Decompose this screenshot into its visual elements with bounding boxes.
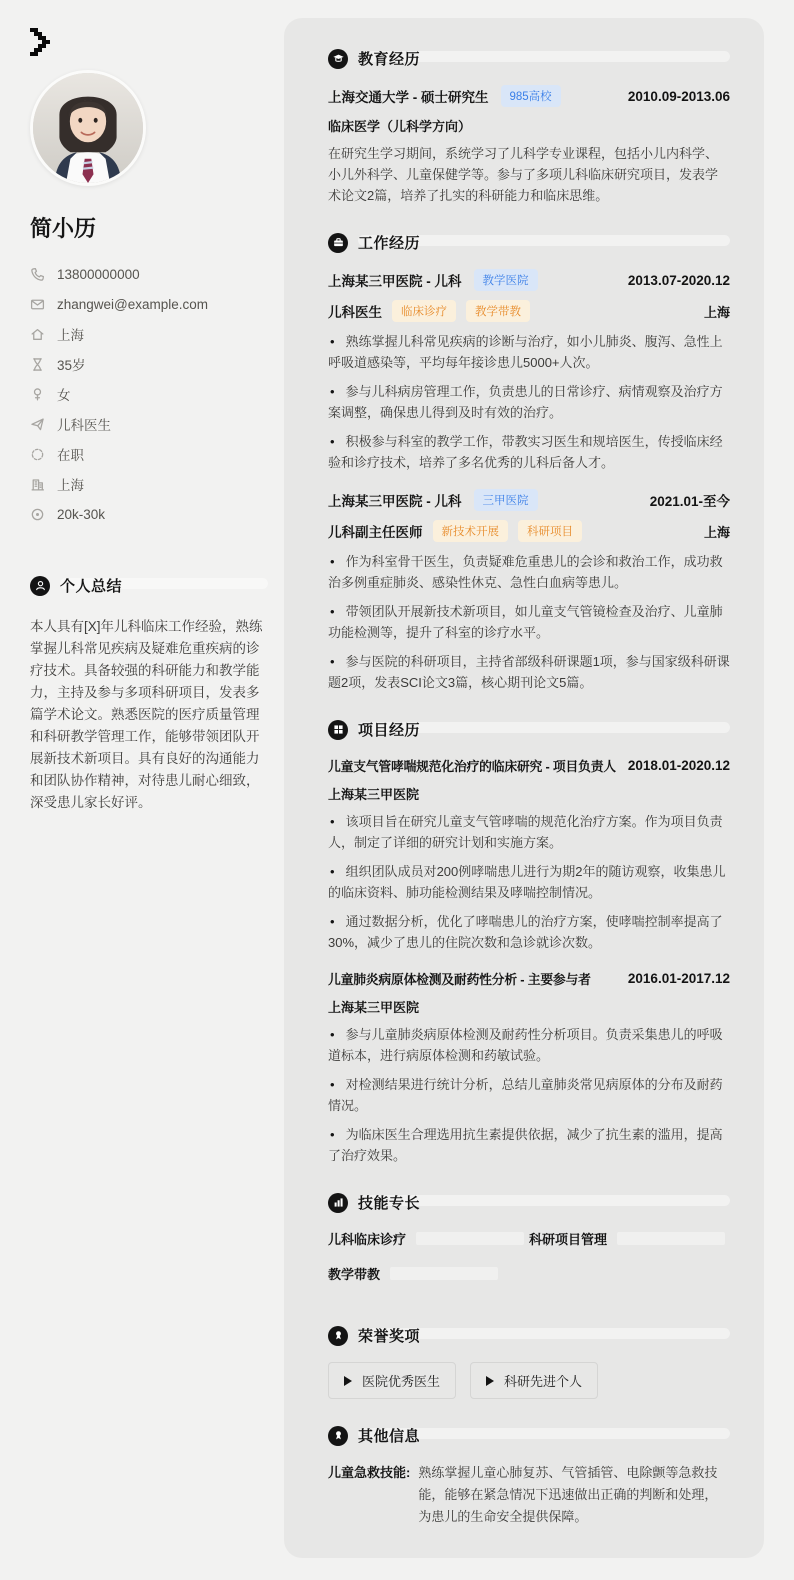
role-tag: 教学带教 <box>466 300 530 322</box>
contact-value: 儿科医生 <box>57 414 111 434</box>
skill-item: 科研项目管理 <box>529 1229 730 1248</box>
home-icon <box>30 327 45 342</box>
work-title-row: 上海某三甲医院 - 儿科 三甲医院 2021.01-至今 <box>328 489 730 511</box>
contact-value: 女 <box>57 384 71 404</box>
brand-logo pixel-chevron-icon <box>30 28 56 56</box>
project-item: 儿童支气管哮喘规范化治疗的临床研究 - 项目负责人 2018.01-2020.1… <box>328 756 730 953</box>
work-section: 工作经历 上海某三甲医院 - 儿科 教学医院 2013.07-2020.12 儿… <box>328 232 730 693</box>
candidate-name: 简小历 <box>30 212 268 243</box>
contact-email: zhangwei@example.com <box>30 289 268 319</box>
work-location: 上海 <box>704 302 730 321</box>
project-org: 上海某三甲医院 <box>328 997 730 1016</box>
contact-value: 13800000000 <box>57 267 140 282</box>
skills-grid: 儿科临床诊疗 科研项目管理 教学带教 <box>328 1229 730 1299</box>
role-name: 儿科医生 <box>328 301 382 321</box>
skill-item: 儿科临床诊疗 <box>328 1229 529 1248</box>
education-header: 教育经历 <box>328 48 730 69</box>
city-icon <box>30 477 45 492</box>
status-icon <box>30 447 45 462</box>
honors-section: 荣誉奖项 医院优秀医生 科研先进个人 <box>328 1325 730 1399</box>
contact-salary: 20k-30k <box>30 499 268 529</box>
role-tag: 科研项目 <box>518 520 582 542</box>
skills-title: 技能专长 <box>358 1192 420 1213</box>
sidebar: 简小历 13800000000 zhangwei@example.com 上海 … <box>30 18 268 1558</box>
summary-header: 个人总结 <box>30 575 268 596</box>
job-icon <box>30 417 45 432</box>
work-item: 上海某三甲医院 - 儿科 教学医院 2013.07-2020.12 儿科医生 临… <box>328 269 730 473</box>
work-header: 工作经历 <box>328 232 730 253</box>
honor-label: 科研先进个人 <box>504 1371 582 1390</box>
contact-value: 上海 <box>57 474 84 494</box>
contact-age: 35岁 <box>30 349 268 379</box>
other-info-text: 熟练掌握儿童心肺复苏、气管插管、电除颤等急救技能，能够在紧急情况下迅速做出正确的… <box>418 1462 730 1528</box>
resume-page: 简小历 13800000000 zhangwei@example.com 上海 … <box>0 0 794 1580</box>
work-bullet: 积极参与科室的教学工作，带教实习医生和规培医生，传授临床经验和诊疗技术，培养了多… <box>328 431 730 473</box>
education-title: 教育经历 <box>358 48 420 69</box>
summary-title: 个人总结 <box>60 575 122 596</box>
contact-phone: 13800000000 <box>30 259 268 289</box>
skill-bar-track <box>390 1267 498 1280</box>
graduation-cap-icon <box>328 49 348 69</box>
work-bullet: 带领团队开展新技术新项目，如儿童支气管镜检查及治疗、儿童肺功能检测等，提升了科室… <box>328 601 730 643</box>
honor-chip: 医院优秀医生 <box>328 1362 456 1399</box>
work-bullet: 熟练掌握儿科常见疾病的诊断与治疗，如小儿肺炎、腹泻、急性上呼吸道感染等，平均每年… <box>328 331 730 373</box>
project-bullet: 通过数据分析，优化了哮喘患儿的治疗方案，使哮喘控制率提高了30%，减少了患儿的住… <box>328 911 730 953</box>
honor-chips: 医院优秀医生 科研先进个人 <box>328 1362 730 1399</box>
work-role-row: 儿科副主任医师 新技术开展 科研项目 上海 <box>328 520 730 542</box>
skill-name: 科研项目管理 <box>529 1229 607 1248</box>
triangle-icon <box>344 1376 352 1386</box>
contact-city: 上海 <box>30 469 268 499</box>
project-bullet: 参与儿童肺炎病原体检测及耐药性分析项目。负责采集患儿的呼吸道标本，进行病原体检测… <box>328 1024 730 1066</box>
pixel-chevron-icon <box>30 28 56 56</box>
age-icon <box>30 357 45 372</box>
project-item: 儿童肺炎病原体检测及耐药性分析 - 主要参与者 2016.01-2017.12 … <box>328 969 730 1166</box>
contact-gender: 女 <box>30 379 268 409</box>
honor-label: 医院优秀医生 <box>362 1371 440 1390</box>
work-title-row: 上海某三甲医院 - 儿科 教学医院 2013.07-2020.12 <box>328 269 730 291</box>
other-info-row: 儿童急救技能: 熟练掌握儿童心肺复苏、气管插管、电除颤等急救技能，能够在紧急情况… <box>328 1462 730 1528</box>
work-bullet: 作为科室骨干医生，负责疑难危重患儿的会诊和救治工作，成功救治多例重症肺炎、感染性… <box>328 551 730 593</box>
role-tag: 新技术开展 <box>433 520 509 542</box>
education-section: 教育经历 上海交通大学 - 硕士研究生 985高校 2010.09-2013.0… <box>328 48 730 206</box>
work-role-row: 儿科医生 临床诊疗 教学带教 上海 <box>328 300 730 322</box>
email-icon <box>30 297 45 312</box>
work-bullet: 参与儿科病房管理工作，负责患儿的日常诊疗、病情观察及治疗方案调整，确保患儿得到及… <box>328 381 730 423</box>
project-title-row: 儿童支气管哮喘规范化治疗的临床研究 - 项目负责人 2018.01-2020.1… <box>328 756 730 775</box>
grid-icon <box>328 720 348 740</box>
company-tag: 教学医院 <box>474 269 538 291</box>
contact-list: 13800000000 zhangwei@example.com 上海 35岁 … <box>30 259 268 529</box>
project-bullet: 该项目旨在研究儿童支气管哮喘的规范化治疗方案。作为项目负责人，制定了详细的研究计… <box>328 811 730 853</box>
school-name: 上海交通大学 - 硕士研究生 <box>328 86 489 106</box>
contact-status: 在职 <box>30 439 268 469</box>
honors-title: 荣誉奖项 <box>358 1325 420 1346</box>
education-description: 在研究生学习期间，系统学习了儿科学专业课程，包括小儿内科学、小儿外科学、儿童保健… <box>328 143 730 206</box>
contact-value: 20k-30k <box>57 507 105 522</box>
role-tag: 临床诊疗 <box>392 300 456 322</box>
projects-header: 项目经历 <box>328 719 730 740</box>
skills-header: 技能专长 <box>328 1192 730 1213</box>
project-name: 儿童支气管哮喘规范化治疗的临床研究 - 项目负责人 <box>328 756 616 775</box>
resume-card: 教育经历 上海交通大学 - 硕士研究生 985高校 2010.09-2013.0… <box>284 18 764 1558</box>
projects-section: 项目经历 儿童支气管哮喘规范化治疗的临床研究 - 项目负责人 2018.01-2… <box>328 719 730 1166</box>
medal-icon <box>328 1426 348 1446</box>
contact-value: 上海 <box>57 324 84 344</box>
other-header: 其他信息 <box>328 1425 730 1446</box>
project-name: 儿童肺炎病原体检测及耐药性分析 - 主要参与者 <box>328 969 591 988</box>
triangle-icon <box>486 1376 494 1386</box>
other-title: 其他信息 <box>358 1425 420 1446</box>
education-item: 上海交通大学 - 硕士研究生 985高校 2010.09-2013.06 临床医… <box>328 85 730 206</box>
skills-section: 技能专长 儿科临床诊疗 科研项目管理 教学带教 <box>328 1192 730 1299</box>
project-date: 2016.01-2017.12 <box>628 971 730 986</box>
education-date: 2010.09-2013.06 <box>628 89 730 104</box>
honor-chip: 科研先进个人 <box>470 1362 598 1399</box>
school-tag: 985高校 <box>501 85 561 107</box>
contact-location: 上海 <box>30 319 268 349</box>
contact-value: 35岁 <box>57 354 86 374</box>
summary-text: 本人具有[X]年儿科临床工作经验，熟练掌握儿科常见疾病及疑难危重疾病的诊疗技术。… <box>30 616 268 814</box>
person-icon <box>30 576 50 596</box>
bar-chart-icon <box>328 1193 348 1213</box>
company-name: 上海某三甲医院 - 儿科 <box>328 270 462 290</box>
project-org: 上海某三甲医院 <box>328 784 730 803</box>
major: 临床医学（儿科学方向） <box>328 116 730 135</box>
education-title-row: 上海交通大学 - 硕士研究生 985高校 2010.09-2013.06 <box>328 85 730 107</box>
briefcase-icon <box>328 233 348 253</box>
work-bullet: 参与医院的科研项目，主持省部级科研课题1项，参与国家级科研课题2项，发表SCI论… <box>328 651 730 693</box>
project-title-row: 儿童肺炎病原体检测及耐药性分析 - 主要参与者 2016.01-2017.12 <box>328 969 730 988</box>
contact-value: zhangwei@example.com <box>57 297 208 312</box>
company-name: 上海某三甲医院 - 儿科 <box>328 490 462 510</box>
skill-item: 教学带教 <box>328 1264 529 1283</box>
work-item: 上海某三甲医院 - 儿科 三甲医院 2021.01-至今 儿科副主任医师 新技术… <box>328 489 730 693</box>
honors-header: 荣誉奖项 <box>328 1325 730 1346</box>
work-title: 工作经历 <box>358 232 420 253</box>
salary-icon <box>30 507 45 522</box>
phone-icon <box>30 267 45 282</box>
project-bullet: 为临床医生合理选用抗生素提供依据，减少了抗生素的滥用，提高了治疗效果。 <box>328 1124 730 1166</box>
contact-job-title: 儿科医生 <box>30 409 268 439</box>
other-section: 其他信息 儿童急救技能: 熟练掌握儿童心肺复苏、气管插管、电除颤等急救技能，能够… <box>328 1425 730 1528</box>
other-info-label: 儿童急救技能: <box>328 1462 410 1528</box>
avatar <box>30 70 146 186</box>
contact-value: 在职 <box>57 444 84 464</box>
skill-bar-track <box>416 1232 524 1245</box>
role-name: 儿科副主任医师 <box>328 521 423 541</box>
skill-name: 教学带教 <box>328 1264 380 1283</box>
portrait-photo <box>33 73 143 183</box>
projects-title: 项目经历 <box>358 719 420 740</box>
work-date: 2013.07-2020.12 <box>628 273 730 288</box>
gender-icon <box>30 387 45 402</box>
skill-bar-track <box>617 1232 725 1245</box>
summary-section: 个人总结 本人具有[X]年儿科临床工作经验，熟练掌握儿科常见疾病及疑难危重疾病的… <box>30 575 268 814</box>
work-date: 2021.01-至今 <box>650 490 730 510</box>
project-date: 2018.01-2020.12 <box>628 758 730 773</box>
work-location: 上海 <box>704 522 730 541</box>
medal-icon <box>328 1326 348 1346</box>
project-bullet: 对检测结果进行统计分析，总结儿童肺炎常见病原体的分布及耐药情况。 <box>328 1074 730 1116</box>
company-tag: 三甲医院 <box>474 489 538 511</box>
project-bullet: 组织团队成员对200例哮喘患儿进行为期2年的随访观察，收集患儿的临床资料、肺功能… <box>328 861 730 903</box>
skill-name: 儿科临床诊疗 <box>328 1229 406 1248</box>
